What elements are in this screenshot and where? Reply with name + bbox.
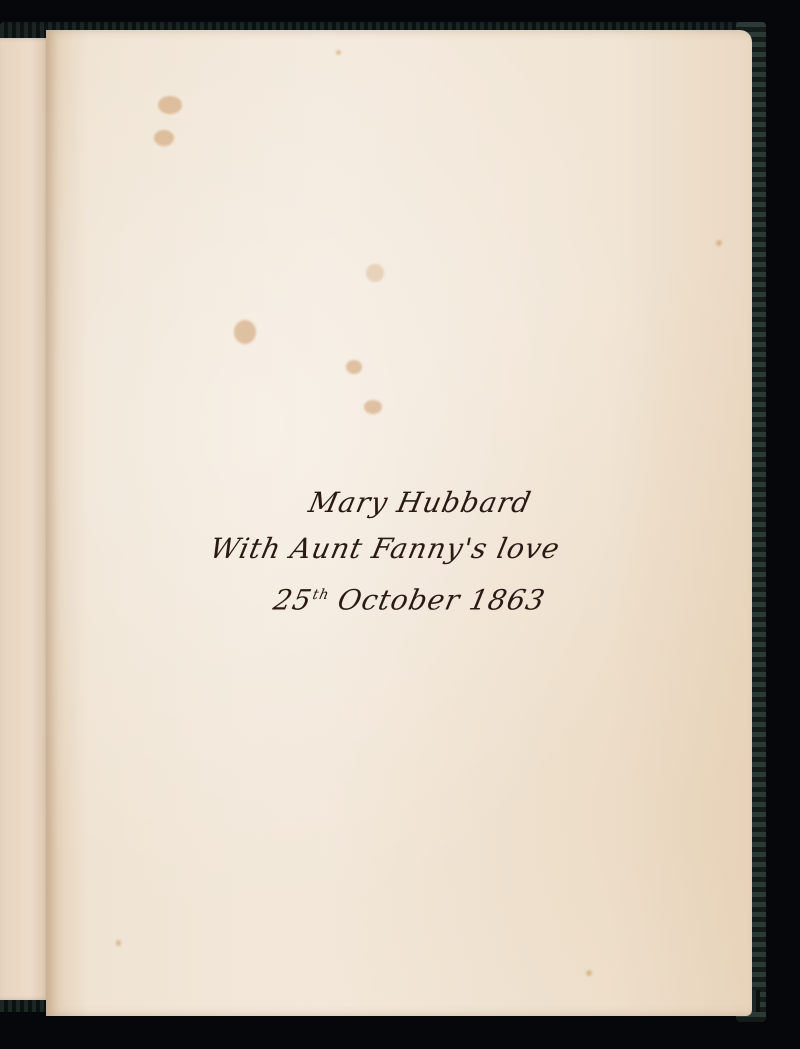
- inscription-dedication: With Aunt Fanny's love: [115, 526, 655, 572]
- foxing-stain: [586, 970, 592, 976]
- foxing-stain: [158, 96, 182, 114]
- foxing-stain: [346, 360, 362, 374]
- foxing-stain: [366, 264, 384, 282]
- foxing-stain: [716, 240, 722, 246]
- foxing-stain: [336, 50, 341, 55]
- inscription-date: 25th October 1863: [165, 572, 656, 623]
- foxing-stain: [364, 400, 382, 414]
- foxing-stain: [116, 940, 121, 946]
- date-month-year: October 1863: [325, 583, 549, 616]
- handwritten-inscription: Mary Hubbard With Aunt Fanny's love 25th…: [150, 480, 650, 623]
- foxing-stain: [234, 320, 256, 344]
- foxing-stain: [154, 130, 174, 146]
- left-page-edge: [0, 38, 50, 1000]
- inscription-name: Mary Hubbard: [185, 480, 655, 526]
- date-day: 25: [271, 583, 316, 616]
- photo-scene: Mary Hubbard With Aunt Fanny's love 25th…: [0, 0, 800, 1049]
